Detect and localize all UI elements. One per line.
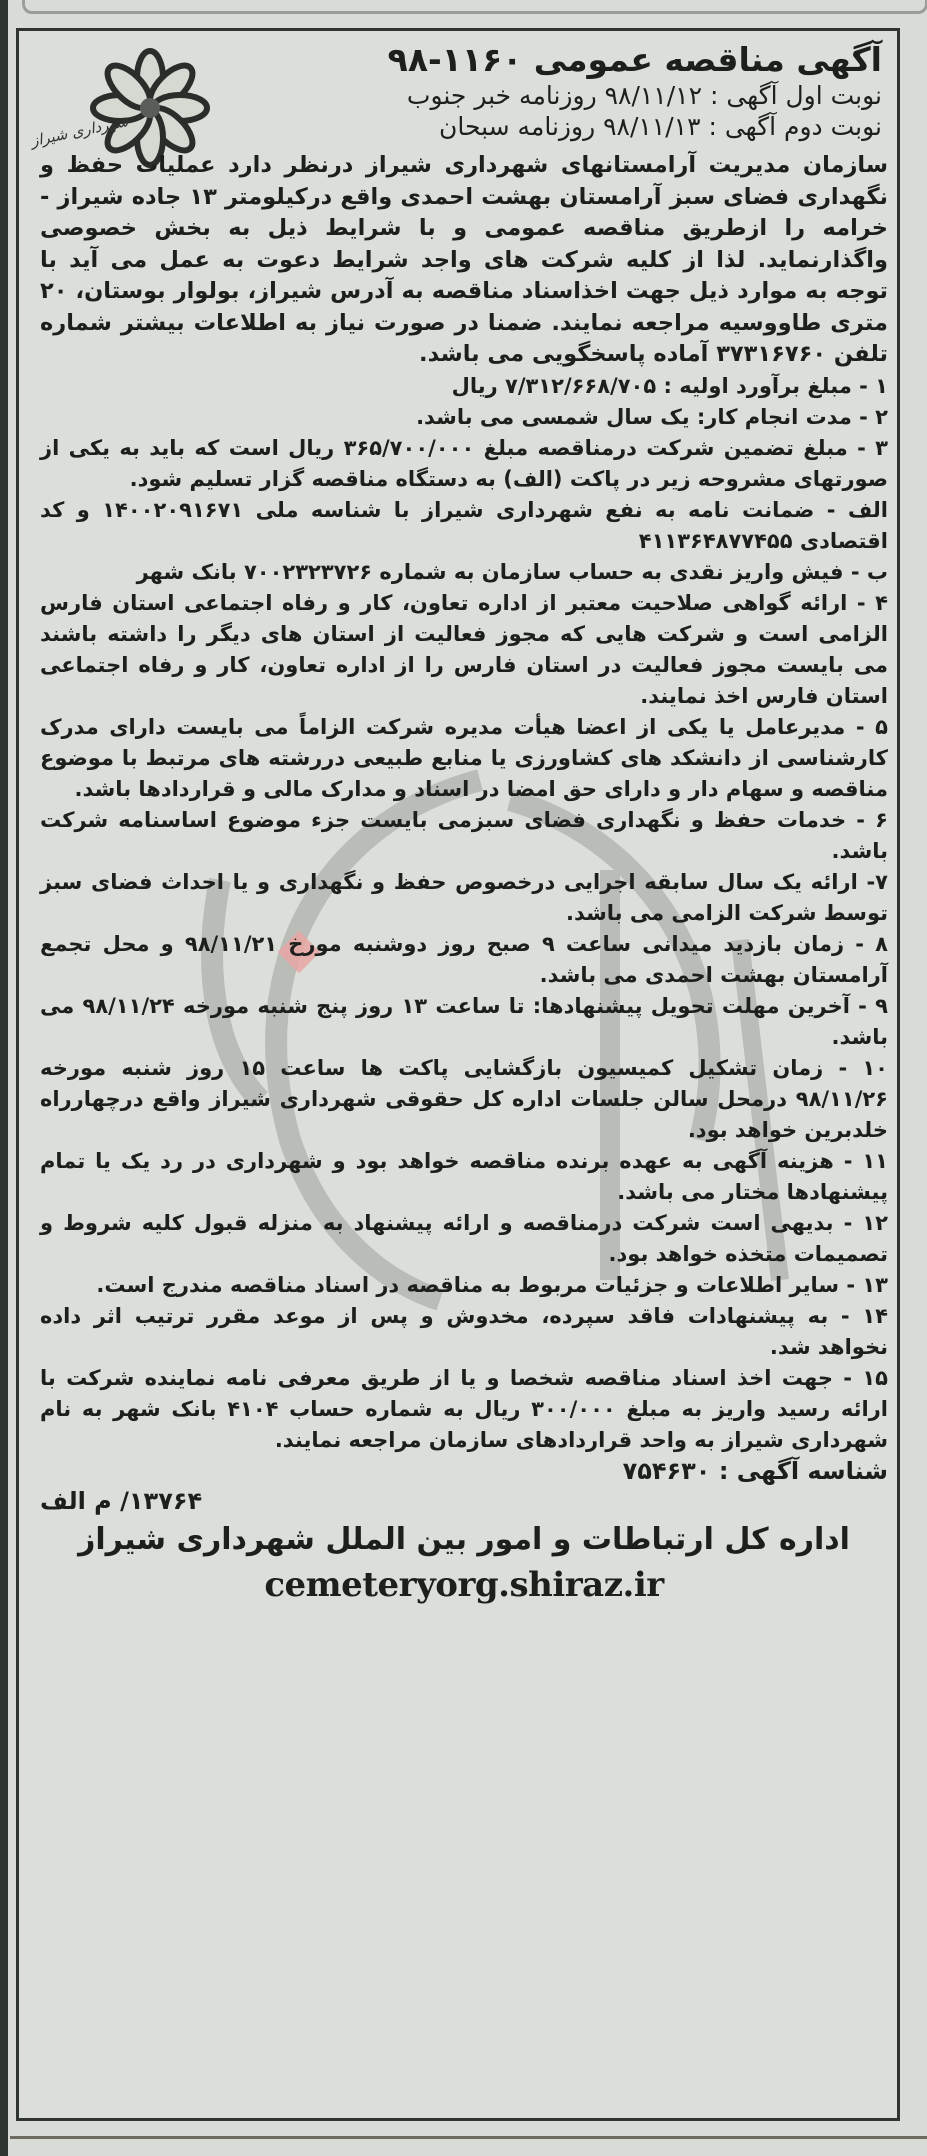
condition-item: ۷- ارائه یک سال سابقه اجرایی درخصوص حفظ … <box>40 867 888 929</box>
notice-content: آگهی مناقصه عمومی ۱۱۶۰-۹۸ نوبت اول آگهی … <box>40 40 888 1608</box>
condition-item: ۱۲ - بدیهی است شرکت درمناقصه و ارائه پیش… <box>40 1208 888 1270</box>
footer-website-link[interactable]: cemeteryorg.shiraz.ir <box>40 1562 888 1608</box>
ad-id-label: شناسه آگهی : <box>719 1457 888 1485</box>
condition-item: ۱ - مبلغ برآورد اولیه : ۷/۳۱۲/۶۶۸/۷۰۵ ری… <box>40 371 888 402</box>
previous-ad-border <box>22 0 927 14</box>
intro-paragraph: سازمان مدیریت آرامستانهای شهرداری شیراز … <box>40 150 888 371</box>
condition-item: ب - فیش واریز نقدی به حساب سازمان به شما… <box>40 557 888 588</box>
footer-organization: اداره کل ارتباطات و امور بین الملل شهردا… <box>40 1518 888 1562</box>
ad-id-value: ۷۵۴۶۳۰ <box>623 1457 711 1485</box>
condition-item: ۶ - خدمات حفظ و نگهداری فضای سبزمی بایست… <box>40 805 888 867</box>
paper-edge <box>0 0 8 2156</box>
condition-item: ۸ - زمان بازدید میدانی ساعت ۹ صبح روز دو… <box>40 929 888 991</box>
ad-id-line: شناسه آگهی : ۷۵۴۶۳۰ <box>40 1456 888 1486</box>
condition-item: ۵ - مدیرعامل یا یکی از اعضا هیأت مدیره ش… <box>40 712 888 805</box>
ad-id: شناسه آگهی : ۷۵۴۶۳۰ <box>623 1456 888 1486</box>
condition-item: ۱۱ - هزینه آگهی به عهده برنده مناقصه خوا… <box>40 1146 888 1208</box>
condition-item: الف - ضمانت نامه به نفع شهرداری شیراز با… <box>40 495 888 557</box>
publication-run-1: نوبت اول آگهی : ۹۸/۱۱/۱۲ روزنامه خبر جنو… <box>40 80 888 111</box>
condition-item: ۱۴ - به پیشنهادات فاقد سپرده، مخدوش و پس… <box>40 1301 888 1363</box>
condition-item: ۲ - مدت انجام کار: یک سال شمسی می باشد. <box>40 402 888 433</box>
condition-item: ۱۰ - زمان تشکیل کمیسیون بازگشایی پاکت ها… <box>40 1053 888 1146</box>
publication-run-2: نوبت دوم آگهی : ۹۸/۱۱/۱۳ روزنامه سبحان <box>40 111 888 142</box>
condition-item: ۱۵ - جهت اخذ اسناد مناقصه شخصا و یا از ط… <box>40 1363 888 1456</box>
condition-item: ۱۳ - سایر اطلاعات و جزئیات مربوط به مناق… <box>40 1270 888 1301</box>
notice-title: آگهی مناقصه عمومی ۱۱۶۰-۹۸ <box>40 40 888 80</box>
reference-code: ۱۳۷۶۴/ م الف <box>40 1486 888 1516</box>
condition-item: ۴ - ارائه گواهی صلاحیت معتبر از اداره تع… <box>40 588 888 712</box>
condition-item: ۳ - مبلغ تضمین شرکت درمناقصه مبلغ ۳۶۵/۷۰… <box>40 433 888 495</box>
page-bottom-rule <box>10 2136 927 2139</box>
condition-item: ۹ - آخرین مهلت تحویل پیشنهادها: تا ساعت … <box>40 991 888 1053</box>
